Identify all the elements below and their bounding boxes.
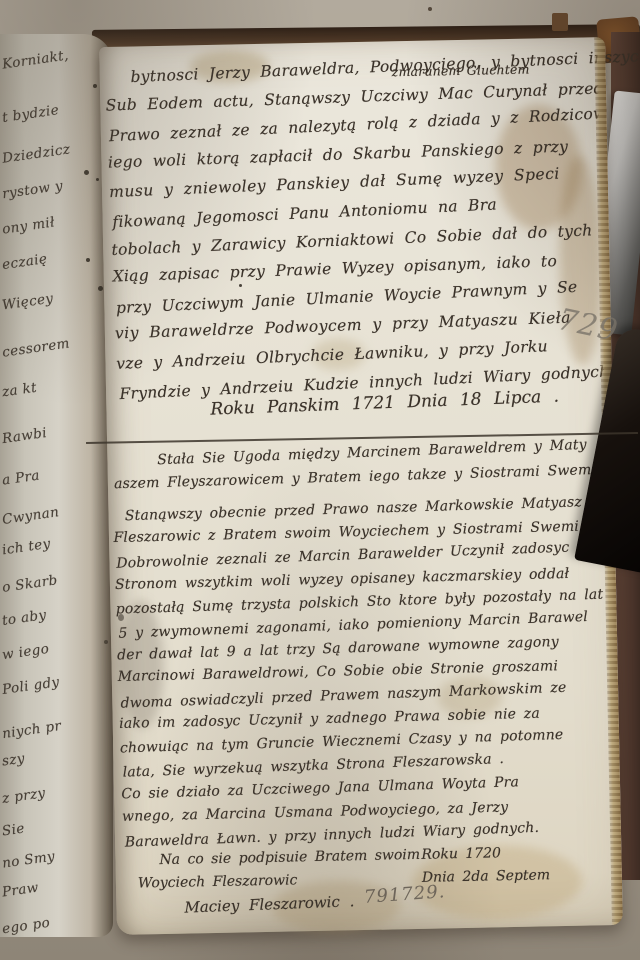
facing-page-text-fragment: no Smy [1, 848, 56, 871]
ink-blot [96, 178, 99, 181]
facing-page: Korniakt,t bydzieDziedziczrystow yony mi… [0, 34, 113, 937]
ink-blot [98, 286, 103, 291]
facing-page-text-fragment: t bydzie [1, 102, 60, 126]
ink-blot [239, 284, 242, 287]
ink-blot [93, 84, 97, 88]
table-speck [428, 7, 432, 11]
facing-page-text-fragment: w iego [1, 641, 50, 663]
facing-page-text-fragment: ego po [1, 915, 51, 937]
facing-page-text-fragment: ony mił [1, 214, 56, 237]
entry-2-heading: Stała Sie Ugoda między Marcinem Baraweld… [113, 433, 602, 497]
facing-page-text-fragment: Sie [1, 820, 26, 839]
facing-page-text-fragment: z przy [1, 785, 46, 807]
entry-1-lines: bytnosci Jerzy Baraweldra, Podwoyciego, … [104, 44, 602, 407]
facing-page-text-fragment: Dziedzicz [1, 141, 71, 166]
entry-2-body-lines: Stanąwszy obecnie przed Prawo nasze Mark… [113, 491, 613, 854]
facing-page-text-fragment: Cwynan [1, 504, 60, 528]
facing-page-text-fragment: o Skarb [1, 572, 58, 596]
facing-page-text-fragment: Więcey [1, 290, 54, 313]
entry-2-body: Stanąwszy obecnie przed Prawo nasze Mark… [113, 491, 613, 854]
facing-page-text-fragment: rystow y [1, 178, 64, 202]
closing-year: Roku 1720 [421, 845, 501, 863]
facing-page-text-fragment: cessorem [1, 335, 71, 360]
binding-tab [552, 13, 568, 31]
manuscript-page: bytnosci Jerzy Baraweldra, Podwoyciego, … [99, 37, 623, 935]
ink-blot [86, 258, 90, 262]
closing-witness-signature: Woyciech Fleszarowic [122, 872, 298, 892]
ink-blot [118, 614, 124, 621]
facing-page-text-fragment: Korniakt, [1, 47, 69, 72]
facing-page-text-fragment: Poli gdy [1, 674, 60, 698]
facing-page-text-fragment: ich tey [1, 536, 51, 559]
entry-2-heading-lines: Stała Sie Ugoda między Marcinem Baraweld… [113, 433, 602, 497]
facing-page-text-fragment: niych pr [1, 718, 62, 742]
manuscript-photo: Korniakt,t bydzieDziedziczrystow yony mi… [0, 0, 640, 960]
interline-note: zmarunem Gluchtem [392, 62, 530, 80]
facing-page-text-fragment: eczaię [1, 251, 48, 273]
ink-blot [104, 640, 108, 644]
facing-page-text-fragment: to aby [1, 607, 47, 629]
entry-1: bytnosci Jerzy Baraweldra, Podwoyciego, … [104, 44, 602, 407]
facing-page-text-fragment: Rawbi [1, 425, 48, 447]
facing-page-text-fragment: szy [1, 750, 26, 769]
facing-page-text-fragment: za kt [1, 380, 38, 401]
facing-page-text-fragment: a Pra [1, 467, 41, 488]
facing-page-text-fragment: Praw [1, 880, 40, 901]
ink-blot [84, 170, 89, 175]
